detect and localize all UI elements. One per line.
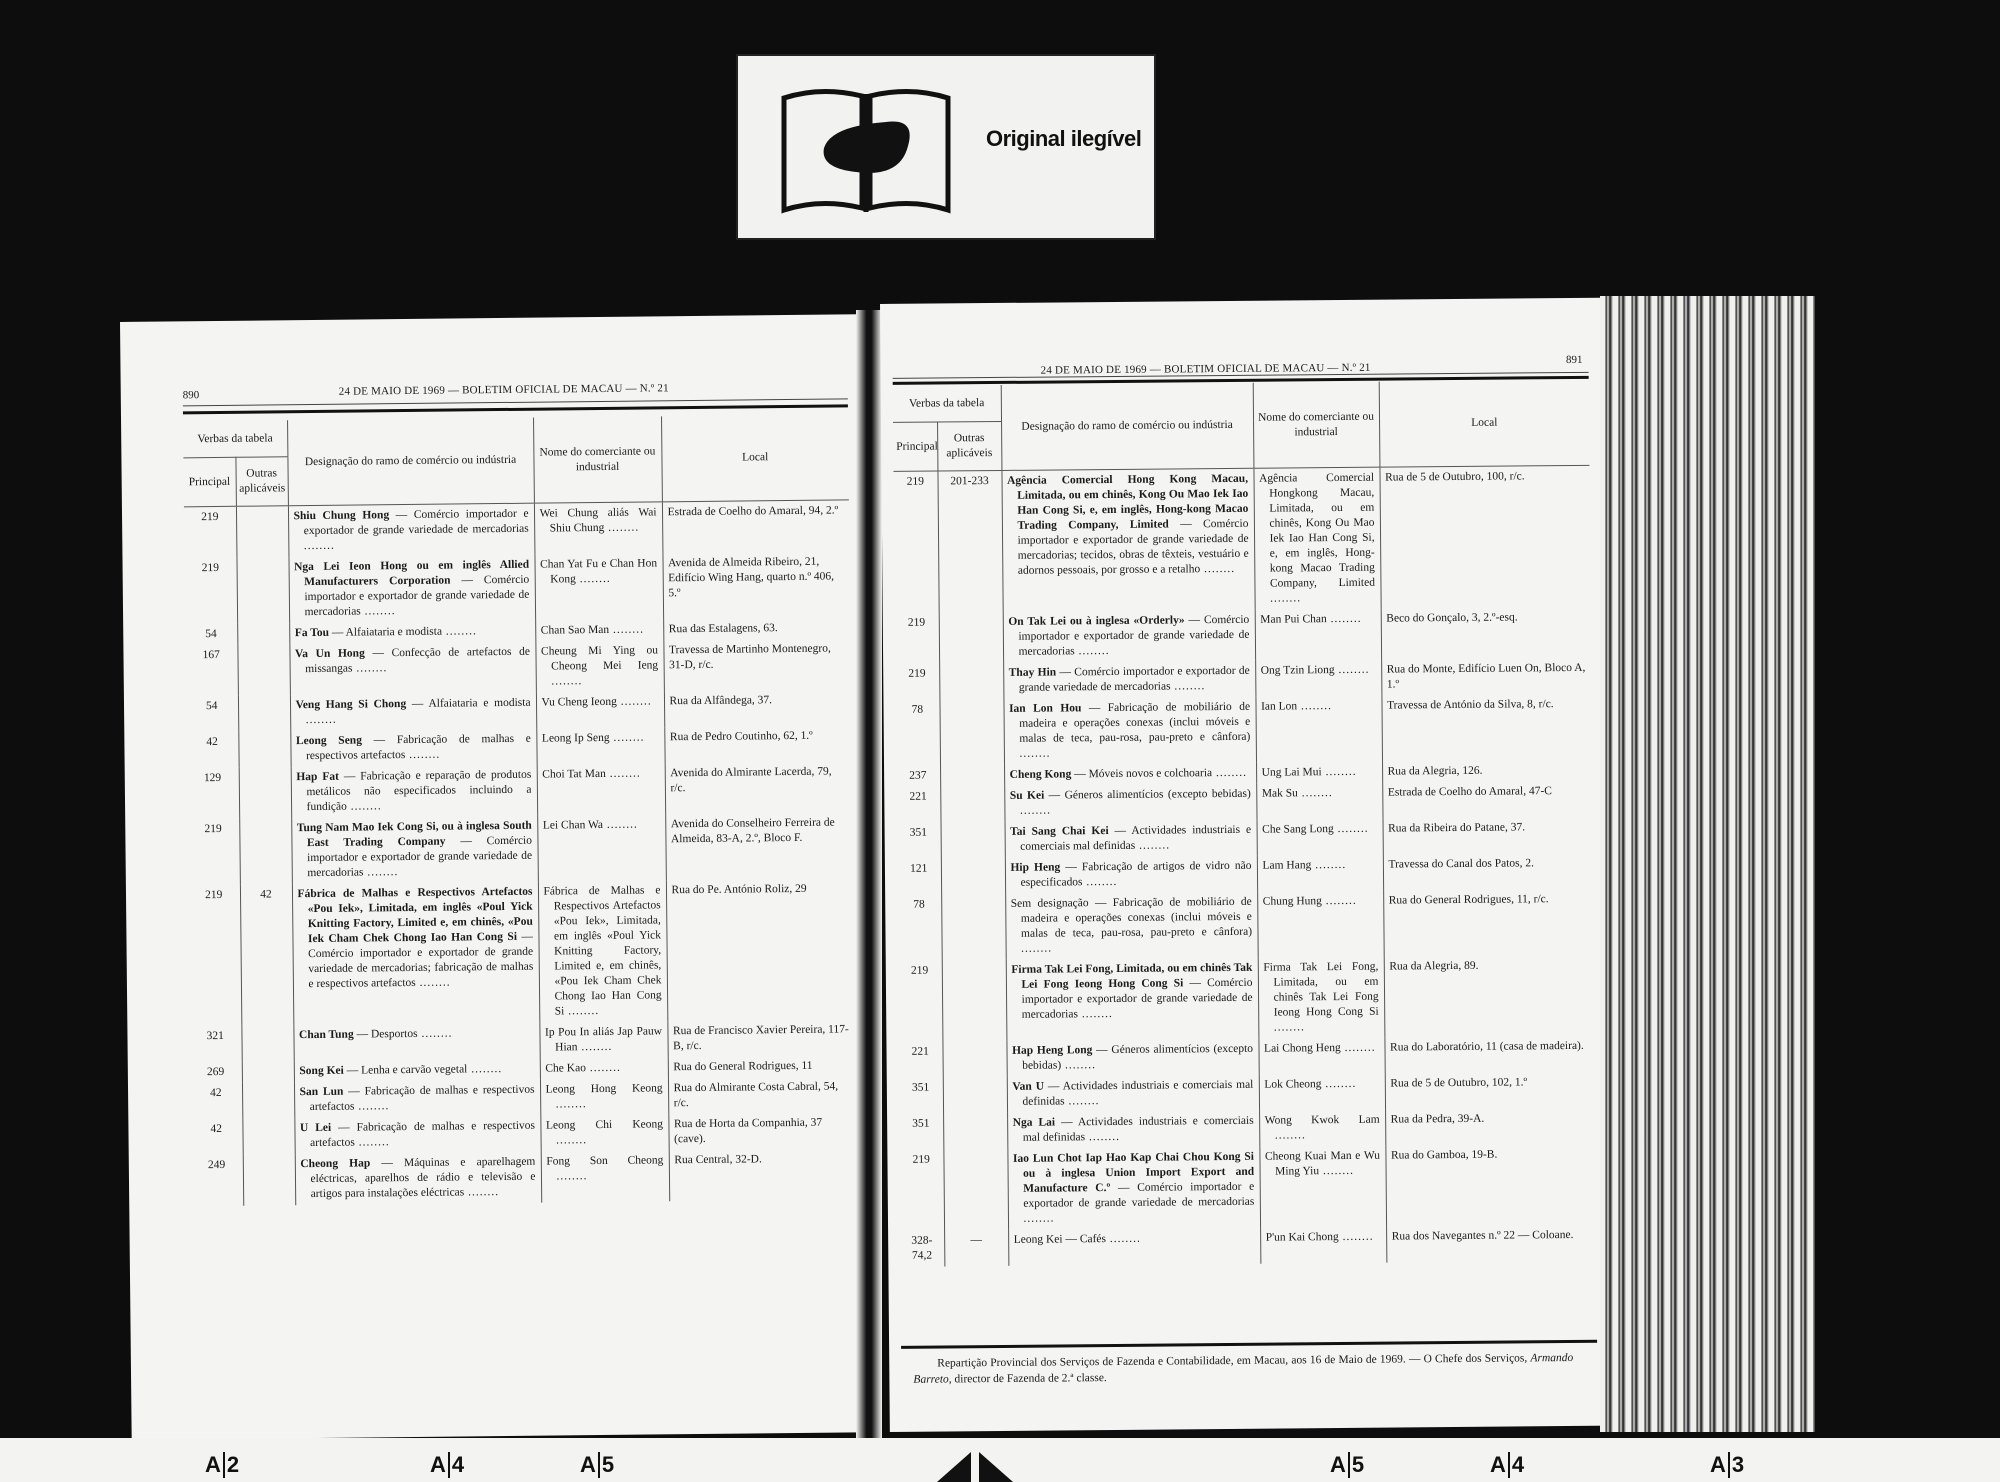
local-cell: Travessa do Canal dos Patos, 2. xyxy=(1383,853,1593,891)
page-right: 891 24 DE MAIO DE 1969 — BOLETIM OFICIAL… xyxy=(880,298,1610,1432)
outras-cell xyxy=(941,822,1005,859)
owner-cell: Wong Kwok Lam xyxy=(1259,1110,1385,1147)
owner-cell: Cheong Kuai Man e Wu Ming Yiu xyxy=(1259,1146,1386,1228)
local-cell: Rua de Francisco Xavier Pereira, 117-B, … xyxy=(667,1019,854,1057)
table-row: 78Sem designação — Fabricação de mobiliá… xyxy=(897,889,1594,961)
owner-cell: Vu Cheng Ieong xyxy=(536,691,664,728)
outras-cell xyxy=(939,663,1003,700)
principal-cell: 328-74,2 xyxy=(900,1230,944,1266)
designation-cell: Van U — Actividades industriais e comerc… xyxy=(1007,1075,1259,1113)
designation-cell: Nga Lai — Actividades industriais e come… xyxy=(1007,1111,1259,1149)
table-row: 78Ian Lon Hou — Fabricação de mobiliário… xyxy=(895,694,1592,766)
local-cell: Beco do Gonçalo, 3, 2.º-esq. xyxy=(1381,607,1591,660)
principal-cell: 42 xyxy=(190,1119,242,1156)
arrows-icon xyxy=(935,1452,1015,1482)
outras-cell xyxy=(943,1077,1007,1114)
page-left: 890 24 DE MAIO DE 1969 — BOLETIM OFICIAL… xyxy=(120,314,870,1440)
owner-cell: Leong Ip Seng xyxy=(536,727,664,764)
designation-cell: Tai Sang Chai Kei — Actividades industri… xyxy=(1005,820,1257,858)
principal-cell: 219 xyxy=(895,663,939,699)
table-row: 249Cheong Hap — Máquinas e aparelhagem e… xyxy=(191,1148,857,1206)
principal-cell: 219 xyxy=(893,471,938,613)
outras-cell xyxy=(940,786,1004,823)
local-cell: Rua do Almirante Costa Cabral, 54, r/c. xyxy=(668,1076,855,1114)
owner-cell: Ung Lai Mui xyxy=(1256,762,1382,784)
designation-cell: Agência Comercial Hong Kong Macau, Limit… xyxy=(1001,468,1254,612)
designation-cell: Chan Tung — Desportos xyxy=(293,1023,539,1062)
designation-cell: Hap Heng Long — Géneros alimentícios (ex… xyxy=(1006,1039,1258,1077)
designation-cell: Hip Heng — Fabricação de artigos de vidr… xyxy=(1005,856,1257,894)
owner-cell: Ip Pou In aliás Jap Pauw Hian xyxy=(539,1021,667,1058)
owner-cell: Agência Comercial Hongkong Macau, Limita… xyxy=(1253,467,1380,610)
outras-cell xyxy=(939,699,1004,766)
table-row: 351Van U — Actividades industriais e com… xyxy=(899,1072,1595,1114)
outras-cell xyxy=(940,765,1004,787)
designation-cell: Veng Hang Si Chong — Alfaiataria e modis… xyxy=(290,693,536,732)
book-blot-icon xyxy=(776,86,956,216)
local-cell: Rua da Alegria, 89. xyxy=(1384,955,1595,1038)
principal-cell: 78 xyxy=(897,894,942,960)
local-cell: Rua de Horta da Companhia, 37 (cave). xyxy=(668,1112,855,1150)
col-designacao: Designação do ramo de comércio ou indúst… xyxy=(1001,383,1254,471)
owner-cell: Lai Chong Heng xyxy=(1258,1038,1384,1075)
film-marker: A4 xyxy=(430,1452,464,1478)
local-cell: Rua da Alfândega, 37. xyxy=(664,689,851,727)
outras-cell xyxy=(941,858,1005,895)
principal-cell: 269 xyxy=(190,1062,242,1084)
local-cell: Rua do Gamboa, 19-B. xyxy=(1385,1144,1596,1227)
outras-cell xyxy=(243,1154,296,1206)
designation-cell: Song Kei — Lenha e carvão vegetal xyxy=(294,1059,540,1083)
outras-cell: — xyxy=(944,1230,1008,1267)
outras-cell xyxy=(242,1061,294,1083)
owner-cell: Wei Chung aliás Wai Shiu Chung xyxy=(534,502,663,555)
principal-cell: 219 xyxy=(187,819,240,886)
col-verbas: Verbas da tabela xyxy=(183,420,287,458)
principal-cell: 219 xyxy=(184,558,237,625)
running-head: 24 DE MAIO DE 1969 — BOLETIM OFICIAL DE … xyxy=(339,382,669,397)
outras-cell xyxy=(941,894,1006,961)
principal-cell: 321 xyxy=(189,1026,241,1063)
outras-cell xyxy=(236,506,289,558)
local-cell: Rua de Pedro Coutinho, 62, 1.º xyxy=(664,725,851,763)
owner-cell: Choi Tat Man xyxy=(537,763,666,815)
outras-cell: 201-233 xyxy=(937,470,1002,612)
owner-cell: P'un Kai Chong xyxy=(1260,1227,1386,1264)
film-marker: A2 xyxy=(205,1452,239,1478)
designation-cell: Va Un Hong — Confecção de artefactos de … xyxy=(289,642,536,696)
outras-cell xyxy=(939,612,1003,664)
footer-title: , director de Fazenda de 2.ª classe. xyxy=(949,1372,1107,1385)
principal-cell: 167 xyxy=(185,645,238,697)
owner-cell: Leong Hong Keong xyxy=(540,1078,668,1115)
principal-cell: 221 xyxy=(896,786,940,822)
local-cell: Travessa de António da Silva, 8, r/c. xyxy=(1381,694,1592,762)
owner-cell: Mak Su xyxy=(1256,783,1382,820)
rule xyxy=(183,404,848,414)
illegible-original-notice: Original ilegível xyxy=(736,54,1156,240)
outras-cell xyxy=(242,1082,294,1119)
outras-cell xyxy=(943,1149,1008,1231)
designation-cell: Leong Seng — Fabricação de malhas e resp… xyxy=(290,729,536,768)
footer-text: Repartição Provincial dos Serviços de Fa… xyxy=(937,1352,1530,1369)
col-local: Local xyxy=(661,414,849,501)
local-cell: Estrada de Coelho do Amaral, 47-C xyxy=(1382,781,1592,819)
principal-cell: 219 xyxy=(895,612,939,663)
designation-cell: Su Kei — Géneros alimentícios (excepto b… xyxy=(1004,784,1256,822)
local-cell: Rua do Pe. António Roliz, 29 xyxy=(666,878,854,1021)
principal-cell: 42 xyxy=(186,732,238,769)
designation-cell: Cheng Kong — Móveis novos e colchoaria xyxy=(1004,763,1256,786)
designation-cell: Hap Fat — Fabricação e reparação de prod… xyxy=(291,765,538,819)
local-cell: Rua Central, 32-D. xyxy=(669,1148,857,1201)
owner-cell: Ong Tzin Liong xyxy=(1255,660,1381,697)
owner-cell: Che Kao xyxy=(540,1057,668,1079)
col-principal: Principal xyxy=(183,457,236,507)
designation-cell: Ian Lon Hou — Fabricação de mobiliário d… xyxy=(1003,697,1256,765)
outras-cell xyxy=(942,960,1007,1042)
owner-cell: Chan Yat Fu e Chan Hon Kong xyxy=(534,553,663,620)
outras-cell xyxy=(241,1025,293,1062)
owner-cell: Cheung Mi Ying ou Cheong Mei Ieng xyxy=(535,640,664,692)
local-cell: Rua do Monte, Edifício Luen On, Bloco A,… xyxy=(1381,658,1591,696)
principal-cell: 237 xyxy=(896,765,940,786)
book-spine xyxy=(856,310,882,1440)
owner-cell: Ian Lon xyxy=(1255,696,1382,763)
principal-cell: 54 xyxy=(186,696,238,733)
film-marker: A3 xyxy=(1710,1452,1744,1478)
table-row: 219On Tak Lei ou à inglesa «Orderly» — C… xyxy=(895,607,1591,664)
principal-cell: 78 xyxy=(895,699,940,765)
outras-cell xyxy=(942,1041,1006,1078)
designation-cell: Firma Tak Lei Fong, Limitada, ou em chin… xyxy=(1006,958,1259,1041)
page-edges xyxy=(1600,296,1815,1432)
table-row: 351Tai Sang Chai Kei — Actividades indus… xyxy=(897,817,1593,859)
owner-cell: Che Sang Long xyxy=(1257,819,1383,856)
outras-cell: 42 xyxy=(240,884,293,1026)
principal-cell: 219 xyxy=(188,885,241,1027)
designation-cell: San Lun — Fabricação de malhas e respect… xyxy=(294,1080,540,1119)
principal-cell: 219 xyxy=(898,960,943,1041)
col-outras: Outras aplicáveis xyxy=(937,421,1001,471)
table-row: 121Hip Heng — Fabricação de artigos de v… xyxy=(897,853,1593,895)
table-row: 219Tung Nam Mao Iek Cong Si, ou à ingles… xyxy=(187,812,853,885)
col-nome: Nome do comerciante ou industrial xyxy=(533,416,662,503)
film-marker: A5 xyxy=(1330,1452,1364,1478)
local-cell: Rua da Pedra, 39-A. xyxy=(1385,1108,1595,1146)
page-number: 891 xyxy=(1566,354,1583,366)
owner-cell: Leong Chi Keong xyxy=(540,1114,668,1151)
table-row: 167Va Un Hong — Confecção de artefactos … xyxy=(185,638,851,696)
principal-cell: 221 xyxy=(898,1041,942,1077)
outras-cell xyxy=(238,731,290,768)
table-row: 351Nga Lai — Actividades industriais e c… xyxy=(899,1108,1595,1150)
notice-label: Original ilegível xyxy=(986,126,1141,152)
designation-cell: Leong Kei — Cafés xyxy=(1008,1228,1260,1266)
local-cell: Rua dos Navegantes n.º 22 — Coloane. xyxy=(1386,1225,1596,1263)
local-cell: Rua da Alegria, 126. xyxy=(1382,760,1592,783)
outras-cell xyxy=(943,1113,1007,1150)
table-row: 129Hap Fat — Fabricação e reparação de p… xyxy=(187,761,853,819)
local-cell: Rua da Ribeira do Patane, 37. xyxy=(1383,817,1593,855)
outras-cell xyxy=(237,623,289,645)
local-cell: Rua do Laboratório, 11 (casa de madeira)… xyxy=(1384,1036,1594,1074)
owner-cell: Chan Sao Man xyxy=(535,619,663,641)
col-local: Local xyxy=(1379,380,1590,467)
footer-note: Repartição Provincial dos Serviços de Fa… xyxy=(913,1350,1573,1388)
principal-cell: 42 xyxy=(190,1083,242,1120)
owner-cell: Fong Son Cheong xyxy=(541,1150,670,1202)
table-row: 219Thay Hin — Comércio importador e expo… xyxy=(895,658,1591,700)
owner-cell: Lei Chan Wa xyxy=(537,814,666,881)
local-cell: Avenida do Almirante Lacerda, 79, r/c. xyxy=(665,761,853,814)
local-cell: Avenida de Almeida Ribeiro, 21, Edifício… xyxy=(662,551,850,619)
owner-cell: Lam Hang xyxy=(1257,855,1383,892)
owner-cell: Firma Tak Lei Fong, Limitada, ou em chin… xyxy=(1258,957,1385,1039)
outras-cell xyxy=(237,644,290,696)
designation-cell: Shiu Chung Hong — Comércio importador e … xyxy=(288,503,535,557)
col-verbas: Verbas da tabela xyxy=(893,385,1001,422)
table-row: 219Shiu Chung Hong — Comércio importador… xyxy=(184,500,850,558)
rule xyxy=(901,1340,1597,1349)
designation-cell: Thay Hin — Comércio importador e exporta… xyxy=(1003,661,1255,699)
outras-cell xyxy=(239,818,292,885)
outras-cell xyxy=(239,767,292,819)
table-row: 221Su Kei — Géneros alimentícios (except… xyxy=(896,781,1592,823)
col-nome: Nome do comerciante ou industrial xyxy=(1253,382,1380,469)
owner-cell: Man Pui Chan xyxy=(1255,609,1381,661)
principal-cell: 249 xyxy=(191,1155,244,1207)
local-cell: Rua de 5 de Outubro, 102, 1.º xyxy=(1385,1072,1595,1110)
local-cell: Avenida do Conselheiro Ferreira de Almei… xyxy=(665,812,853,880)
register-table: Verbas da tabela Designação do ramo de c… xyxy=(183,414,856,1206)
local-cell: Rua de 5 de Outubro, 100, r/c. xyxy=(1379,465,1590,608)
designation-cell: Iao Lun Chot Iap Hao Kap Chai Chou Kong … xyxy=(1007,1147,1260,1230)
designation-cell: Sem designação — Fabricação de mobiliári… xyxy=(1005,892,1258,960)
owner-cell: Lok Cheong xyxy=(1259,1074,1385,1111)
owner-cell: Fábrica de Malhas e Respectivos Artefact… xyxy=(538,880,667,1022)
outras-cell xyxy=(242,1118,294,1155)
designation-cell: Fábrica de Malhas e Respectivos Artefact… xyxy=(292,882,539,1026)
table-row: 219Iao Lun Chot Iap Hao Kap Chai Chou Ko… xyxy=(899,1144,1596,1231)
designation-cell: Tung Nam Mao Iek Cong Si, ou à inglesa S… xyxy=(291,816,538,885)
col-principal: Principal xyxy=(893,422,937,471)
film-marker: A4 xyxy=(1490,1452,1524,1478)
local-cell: Rua das Estalagens, 63. xyxy=(663,617,850,640)
designation-cell: Nga Lei Ieon Hong ou em inglês Allied Ma… xyxy=(288,555,535,624)
designation-cell: Cheong Hap — Máquinas e aparelhagem eléc… xyxy=(295,1152,542,1206)
principal-cell: 351 xyxy=(897,822,941,858)
principal-cell: 129 xyxy=(187,768,240,820)
col-designacao: Designação do ramo de comércio ou indúst… xyxy=(287,418,534,506)
film-marker: A5 xyxy=(580,1452,614,1478)
outras-cell xyxy=(236,557,289,624)
outras-cell xyxy=(238,695,290,732)
page-number: 890 xyxy=(183,389,200,401)
table-row: 219Firma Tak Lei Fong, Limitada, ou em c… xyxy=(898,955,1595,1042)
principal-cell: 351 xyxy=(899,1077,943,1113)
local-cell: Rua do General Rodrigues, 11, r/c. xyxy=(1383,889,1594,957)
principal-cell: 54 xyxy=(185,624,237,646)
local-cell: Estrada de Coelho do Amaral, 94, 2.º xyxy=(662,500,850,553)
local-cell: Travessa de Martinho Montenegro, 31-D, r… xyxy=(663,638,851,691)
principal-cell: 351 xyxy=(899,1113,943,1149)
table-row: 328-74,2—Leong Kei — CafésP'un Kai Chong… xyxy=(900,1225,1596,1267)
col-outras: Outras aplicáveis xyxy=(235,457,288,507)
table-row: 219201-233Agência Comercial Hong Kong Ma… xyxy=(893,465,1590,613)
principal-cell: 121 xyxy=(897,858,941,894)
designation-cell: On Tak Lei ou à inglesa «Orderly» — Comé… xyxy=(1003,610,1255,663)
table-row: 221Hap Heng Long — Géneros alimentícios … xyxy=(898,1036,1594,1078)
designation-cell: Fa Tou — Alfaiataria e modista xyxy=(289,621,535,645)
principal-cell: 219 xyxy=(184,506,237,558)
principal-cell: 219 xyxy=(899,1149,944,1230)
register-table: Verbas da tabela Designação do ramo de c… xyxy=(893,380,1597,1267)
local-cell: Rua do General Rodrigues, 11 xyxy=(668,1055,855,1078)
table-row: 219Nga Lei Ieon Hong ou em inglês Allied… xyxy=(184,551,850,624)
table-row: 21942Fábrica de Malhas e Respectivos Art… xyxy=(188,878,854,1026)
owner-cell: Chung Hung xyxy=(1257,891,1384,958)
designation-cell: U Lei — Fabricação de malhas e respectiv… xyxy=(294,1116,540,1155)
